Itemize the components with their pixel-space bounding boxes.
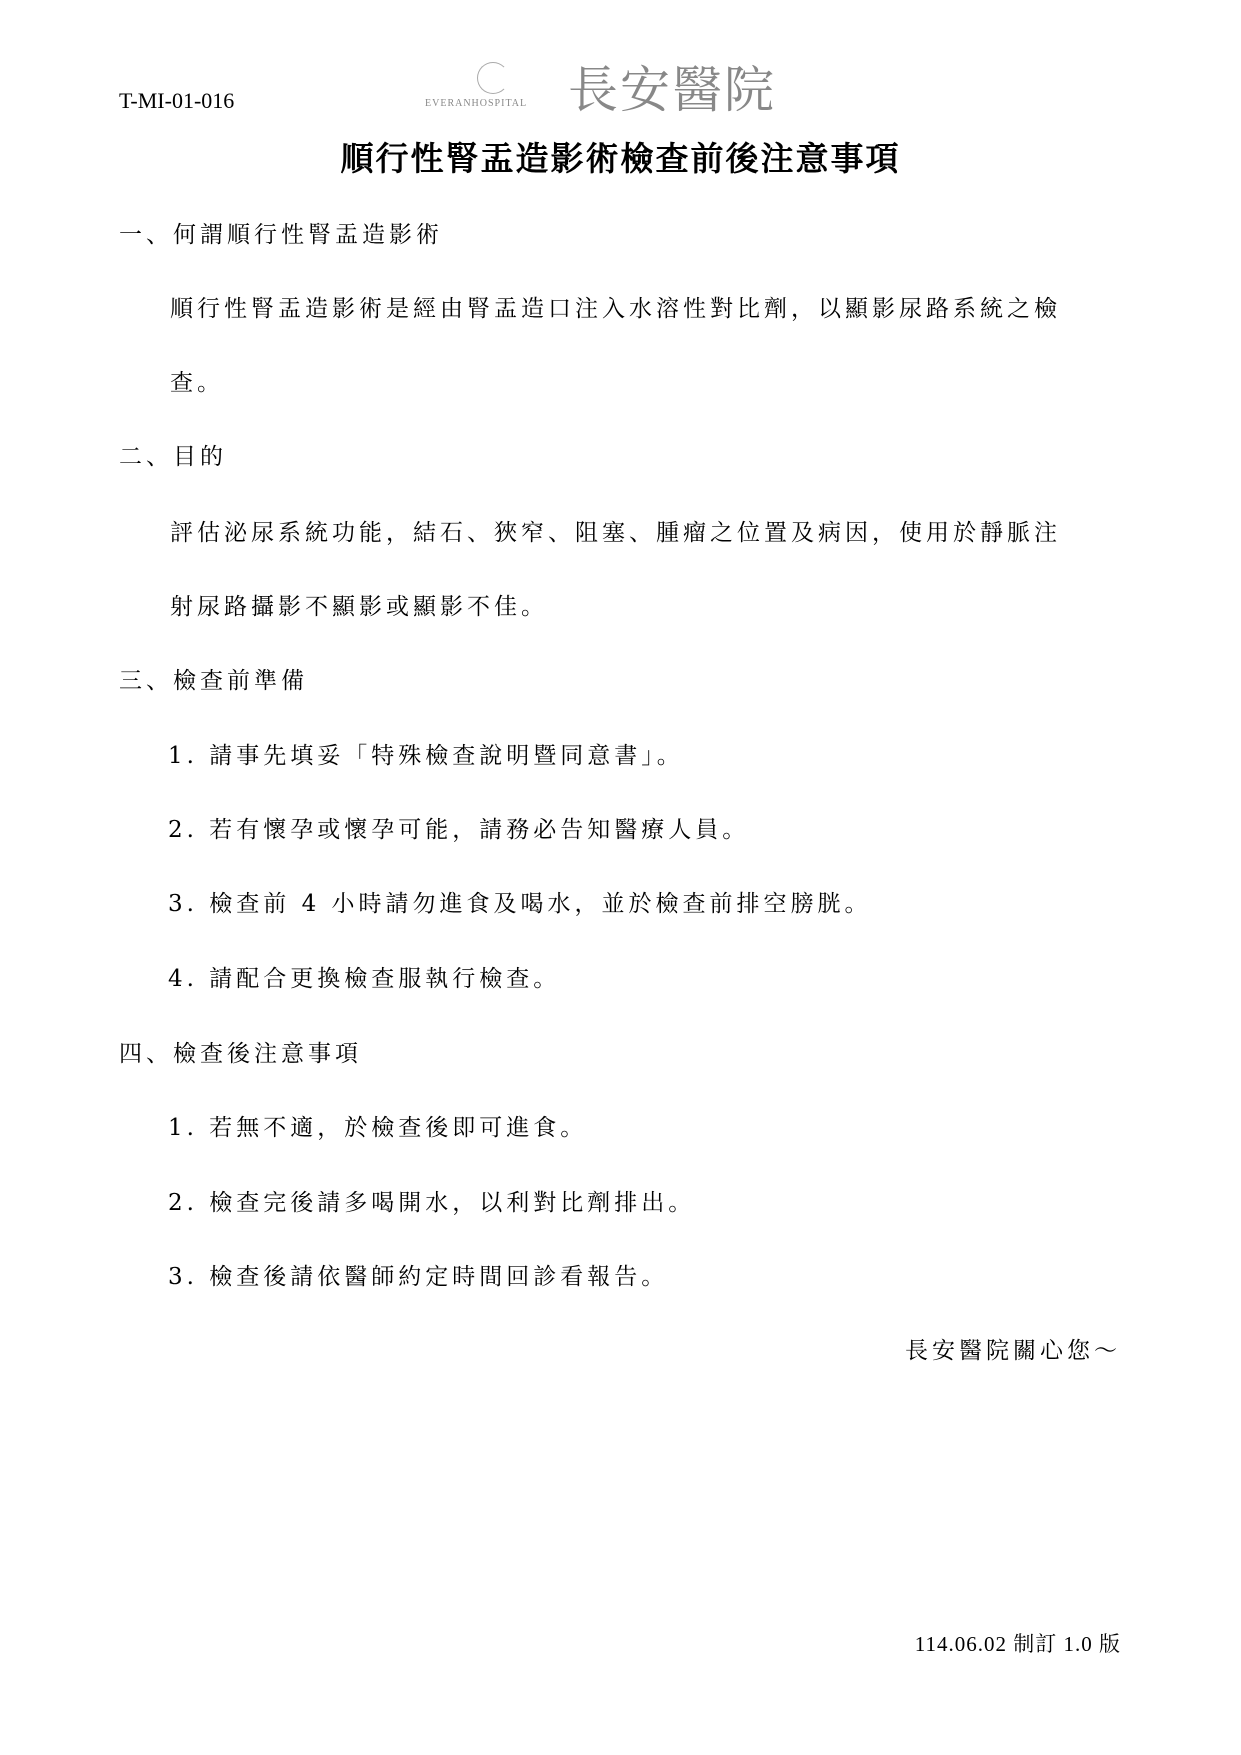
section-1-heading: 一、何謂順行性腎盂造影術 [119, 216, 443, 249]
list-item: 1. 若無不適，於檢查後即可進食。 [168, 1109, 587, 1142]
section-1-text-line-1: 順行性腎盂造影術是經由腎盂造口注入水溶性對比劑，以顯影尿路系統之檢 [170, 290, 1061, 323]
section-2-text-line-1: 評估泌尿系統功能，結石、狹窄、阻塞、腫瘤之位置及病因，使用於靜脈注 [170, 514, 1061, 547]
list-item: 3. 檢查後請依醫師約定時間回診看報告。 [168, 1258, 668, 1291]
list-item: 1. 請事先填妥「特殊檢查說明暨同意書」。 [168, 737, 684, 770]
list-item: 3. 檢查前 4 小時請勿進食及喝水，並於檢查前排空膀胱。 [168, 885, 872, 918]
revision-footer: 114.06.02 制訂 1.0 版 [915, 1628, 1121, 1658]
logo-chinese-name: 長安醫院 [568, 60, 776, 120]
document-title: 順行性腎盂造影術檢查前後注意事項 [0, 133, 1241, 180]
section-4-heading: 四、檢查後注意事項 [119, 1035, 362, 1068]
hospital-emblem-icon [477, 62, 509, 94]
hospital-logo: EVERANHOSPITAL 長安醫院 [425, 60, 825, 120]
list-item: 4. 請配合更換檢查服執行檢查。 [168, 960, 560, 993]
closing-message: 長安醫院關心您～ [905, 1332, 1121, 1365]
logo-english-name: EVERANHOSPITAL [425, 98, 527, 109]
list-item: 2. 若有懷孕或懷孕可能，請務必告知醫療人員。 [168, 811, 749, 844]
section-2-text-line-2: 射尿路攝影不顯影或顯影不佳。 [170, 588, 548, 621]
list-item: 2. 檢查完後請多喝開水，以利對比劑排出。 [168, 1184, 695, 1217]
section-3-heading: 三、檢查前準備 [119, 662, 308, 695]
document-code: T-MI-01-016 [119, 88, 234, 114]
section-2-heading: 二、目的 [119, 438, 227, 471]
section-1-text-line-2: 查。 [170, 364, 224, 397]
